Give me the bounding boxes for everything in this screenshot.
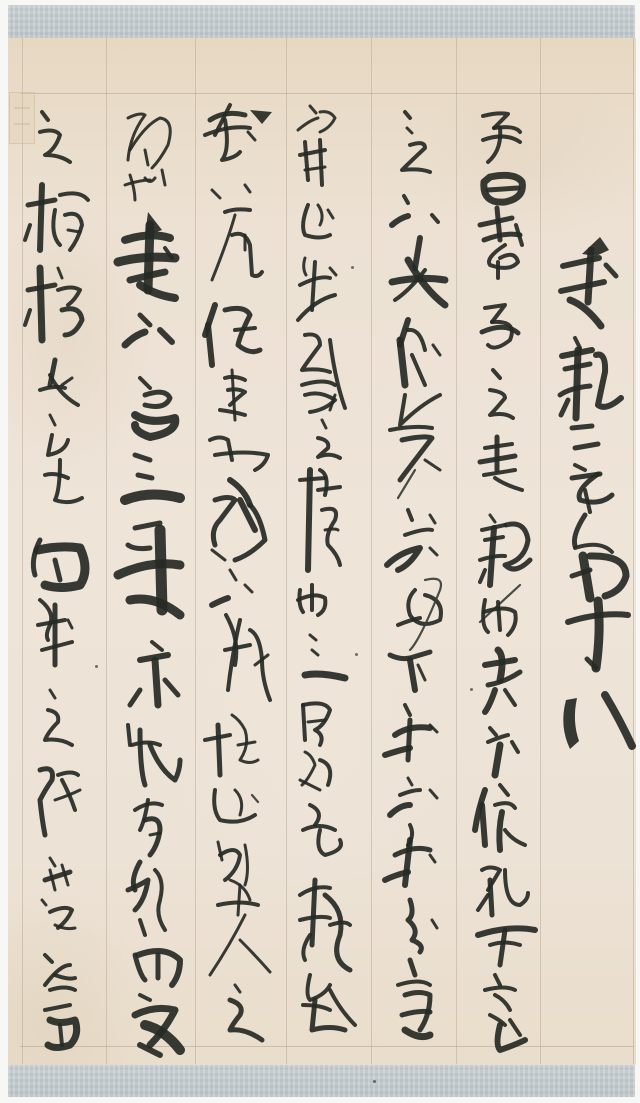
glyph — [45, 690, 72, 745]
glyph — [125, 455, 180, 500]
glyph — [220, 370, 245, 420]
calligraphy-ink — [0, 0, 640, 1103]
glyph — [118, 212, 175, 298]
glyph — [475, 785, 525, 850]
glyph — [482, 305, 518, 348]
glyph — [45, 858, 70, 890]
glyph — [572, 515, 626, 598]
glyph — [45, 955, 75, 990]
column-5-ink — [205, 105, 272, 1040]
glyph — [303, 975, 355, 1030]
glyph — [125, 315, 172, 345]
glyph — [560, 338, 621, 418]
glyph — [488, 728, 518, 775]
glyph — [298, 258, 336, 320]
column-4-ink — [298, 106, 355, 1030]
column-3-ink — [385, 112, 445, 1037]
glyph — [563, 695, 632, 749]
glyph — [490, 370, 513, 418]
column-2-ink — [475, 113, 535, 1050]
glyph — [390, 778, 437, 815]
glyph — [135, 951, 180, 985]
glyph — [568, 601, 628, 668]
glyph — [478, 868, 528, 916]
glyph — [210, 438, 268, 561]
glyph — [135, 800, 162, 855]
column-7-ink — [25, 112, 88, 1048]
glyph — [298, 106, 335, 132]
glyph — [230, 985, 262, 1040]
glyph — [42, 900, 75, 929]
glyph — [33, 540, 85, 588]
glyph — [212, 185, 250, 198]
glyph — [298, 585, 325, 615]
glyph — [300, 752, 330, 790]
glyph — [561, 237, 616, 326]
glyph — [303, 805, 341, 855]
glyph — [300, 880, 350, 970]
glyph — [303, 703, 330, 745]
glyph — [40, 112, 70, 162]
glyph — [387, 510, 437, 570]
glyph — [480, 515, 530, 585]
glyph — [305, 635, 345, 678]
column-1-ink — [560, 237, 632, 749]
glyph — [45, 1005, 77, 1048]
glyph — [218, 842, 258, 915]
glyph — [25, 185, 88, 250]
glyph — [302, 334, 345, 412]
glyph — [205, 715, 258, 775]
glyph — [300, 140, 325, 185]
glyph — [135, 995, 180, 1055]
glyph — [385, 705, 437, 760]
glyph — [212, 209, 262, 280]
glyph — [572, 465, 612, 512]
glyph — [392, 238, 445, 305]
glyph — [318, 420, 340, 458]
glyph — [125, 170, 165, 200]
glyph — [205, 105, 272, 160]
glyph — [398, 579, 441, 650]
column-6-ink — [118, 114, 180, 1055]
glyph — [402, 112, 430, 172]
glyph — [478, 928, 535, 965]
glyph — [225, 615, 270, 700]
glyph — [205, 305, 260, 365]
glyph — [480, 208, 522, 278]
glyph — [40, 360, 78, 405]
glyph — [130, 642, 178, 705]
glyph — [480, 437, 522, 490]
glyph — [385, 825, 435, 885]
glyph — [135, 378, 175, 437]
glyph — [485, 650, 520, 712]
glyph — [25, 268, 82, 340]
glyph — [480, 585, 520, 635]
glyph — [128, 725, 180, 785]
glyph — [118, 523, 180, 615]
glyph — [300, 470, 340, 570]
glyph — [390, 395, 440, 498]
glyph — [483, 113, 520, 162]
glyph — [303, 205, 333, 238]
glyph — [128, 862, 165, 935]
glyph — [40, 769, 80, 835]
glyph — [408, 900, 437, 952]
glyph — [398, 960, 430, 1037]
glyph — [128, 114, 170, 168]
glyph — [392, 196, 438, 225]
glyph — [390, 652, 430, 690]
glyph — [212, 570, 252, 605]
glyph — [38, 600, 72, 665]
glyph — [400, 320, 440, 385]
glyph — [45, 415, 82, 502]
glyph — [572, 426, 598, 448]
glyph — [210, 915, 270, 975]
glyph — [485, 975, 525, 1050]
glyph — [214, 790, 258, 822]
glyph — [484, 175, 523, 202]
